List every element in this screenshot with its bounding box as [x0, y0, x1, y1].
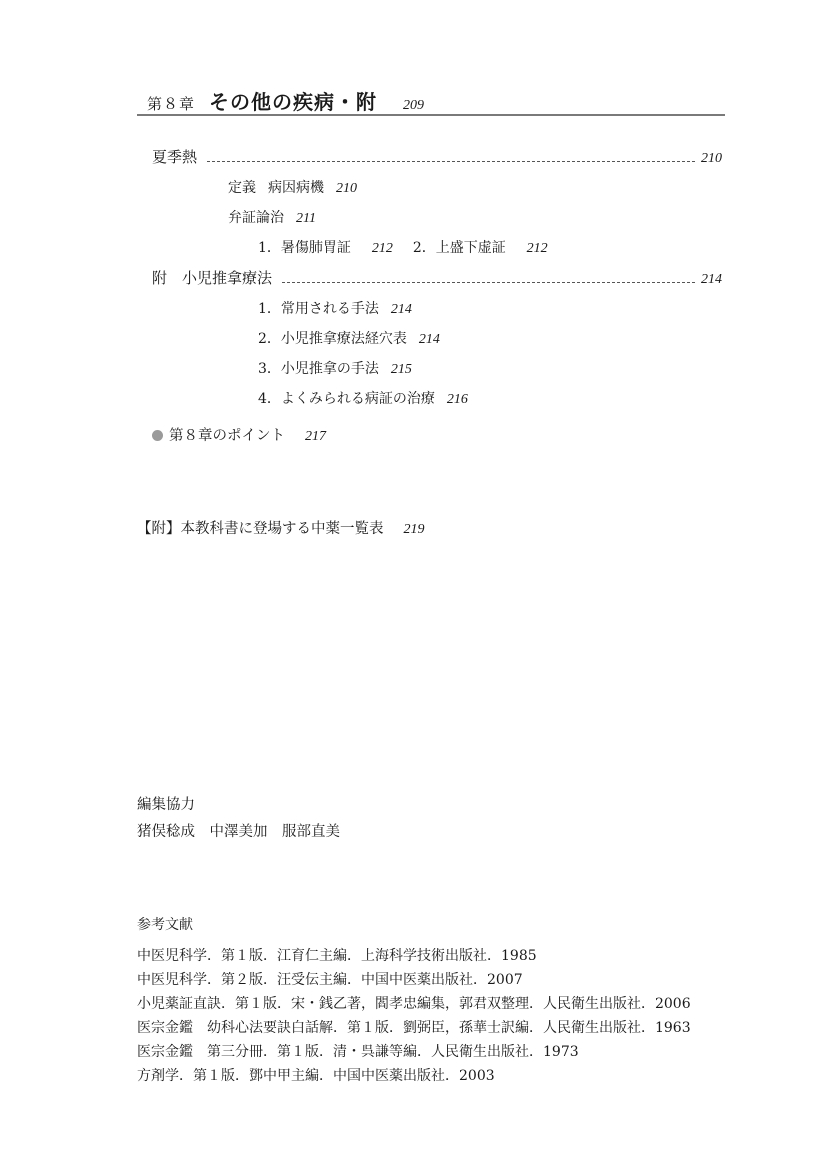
reference-item: 小児薬証直訣．第１版．宋・銭乙著，閻孝忠編集，郭君双整理．人民衛生出版社．200…: [137, 993, 691, 1013]
toc-entry-page: 219: [404, 522, 425, 538]
chapter-header: 第８章 その他の疾病・附 209: [137, 86, 725, 116]
dot-leader: [282, 281, 695, 283]
toc-entry-title: 夏季熱: [152, 146, 197, 167]
header-rule: [137, 114, 725, 116]
reference-item: 医宗金鑑 幼科心法要訣白話解．第１版．劉弼臣，孫華士訳編．人民衛生出版社．196…: [137, 1017, 691, 1037]
dot-leader: [207, 160, 695, 162]
chapter-label: 第８章: [147, 93, 195, 114]
toc-subentry-types: 1．暑傷肺胃証 212 2．上盛下虚証 212: [258, 237, 548, 257]
toc-item-label: 1．常用される手法: [258, 298, 379, 318]
toc-item[interactable]: 1．暑傷肺胃証 212: [258, 237, 393, 257]
toc-entry-natsu[interactable]: 夏季熱 210: [152, 146, 722, 167]
references-heading: 参考文献: [137, 914, 193, 934]
chapter-title: その他の疾病・附: [209, 86, 377, 115]
toc-entry-suina[interactable]: 附 小児推拿療法 214: [152, 267, 722, 288]
reference-item: 中医児科学．第１版．江育仁主編．上海科学技術出版社．1985: [137, 945, 537, 965]
toc-subentry-page: 210: [336, 181, 357, 197]
editorial-heading: 編集協力: [137, 793, 195, 814]
chapter-page-number: 209: [403, 98, 424, 114]
toc-entry-points[interactable]: 第８章のポイント 217: [152, 424, 326, 445]
toc-item-page: 212: [372, 241, 393, 256]
toc-entry-page: 217: [305, 429, 326, 445]
toc-item-page: 214: [391, 302, 412, 318]
bullet-icon: [152, 430, 163, 441]
toc-subentry-page: 211: [296, 211, 316, 227]
toc-entry-appendix[interactable]: 【附】本教科書に登場する中薬一覧表 219: [137, 517, 425, 538]
reference-item: 中医児科学．第２版．汪受伝主編．中国中医薬出版社．2007: [137, 969, 523, 989]
toc-subentry-label: 定義: [228, 177, 256, 197]
toc-subentry-definition[interactable]: 定義 病因病機 210: [228, 177, 357, 197]
toc-item[interactable]: 1．常用される手法 214: [258, 298, 412, 318]
toc-item-label: 2．小児推拿療法経穴表: [258, 328, 407, 348]
toc-item[interactable]: 4．よくみられる病証の治療 216: [258, 388, 468, 408]
reference-item: 医宗金鑑 第三分冊．第１版．清・呉謙等編．人民衛生出版社．1973: [137, 1041, 579, 1061]
toc-item-page: 215: [391, 362, 412, 378]
toc-entry-title: 附 小児推拿療法: [152, 267, 272, 288]
toc-subentry-label: 弁証論治: [228, 207, 284, 227]
toc-item-label: 1．暑傷肺胃証: [258, 240, 351, 256]
toc-item-page: 216: [447, 392, 468, 408]
toc-item[interactable]: 2．小児推拿療法経穴表 214: [258, 328, 440, 348]
toc-item-label: 2．上盛下虚証: [413, 240, 506, 256]
toc-item-page: 214: [419, 332, 440, 348]
toc-subentry-bensho[interactable]: 弁証論治 211: [228, 207, 316, 227]
toc-item[interactable]: 2．上盛下虚証 212: [413, 237, 548, 257]
toc-item[interactable]: 3．小児推拿の手法 215: [258, 358, 412, 378]
reference-item: 方剤学．第１版．鄧中甲主編．中国中医薬出版社．2003: [137, 1065, 495, 1085]
toc-item-label: 3．小児推拿の手法: [258, 358, 379, 378]
toc-entry-label: 【附】本教科書に登場する中薬一覧表: [137, 517, 384, 538]
toc-entry-page: 210: [701, 151, 722, 167]
toc-subentry-label: 病因病機: [268, 177, 324, 197]
toc-item-label: 4．よくみられる病証の治療: [258, 388, 435, 408]
toc-entry-label: 第８章のポイント: [169, 424, 285, 445]
toc-entry-page: 214: [701, 272, 722, 288]
editorial-names: 猪俣稔成 中澤美加 服部直美: [137, 820, 340, 841]
toc-item-page: 212: [527, 241, 548, 256]
